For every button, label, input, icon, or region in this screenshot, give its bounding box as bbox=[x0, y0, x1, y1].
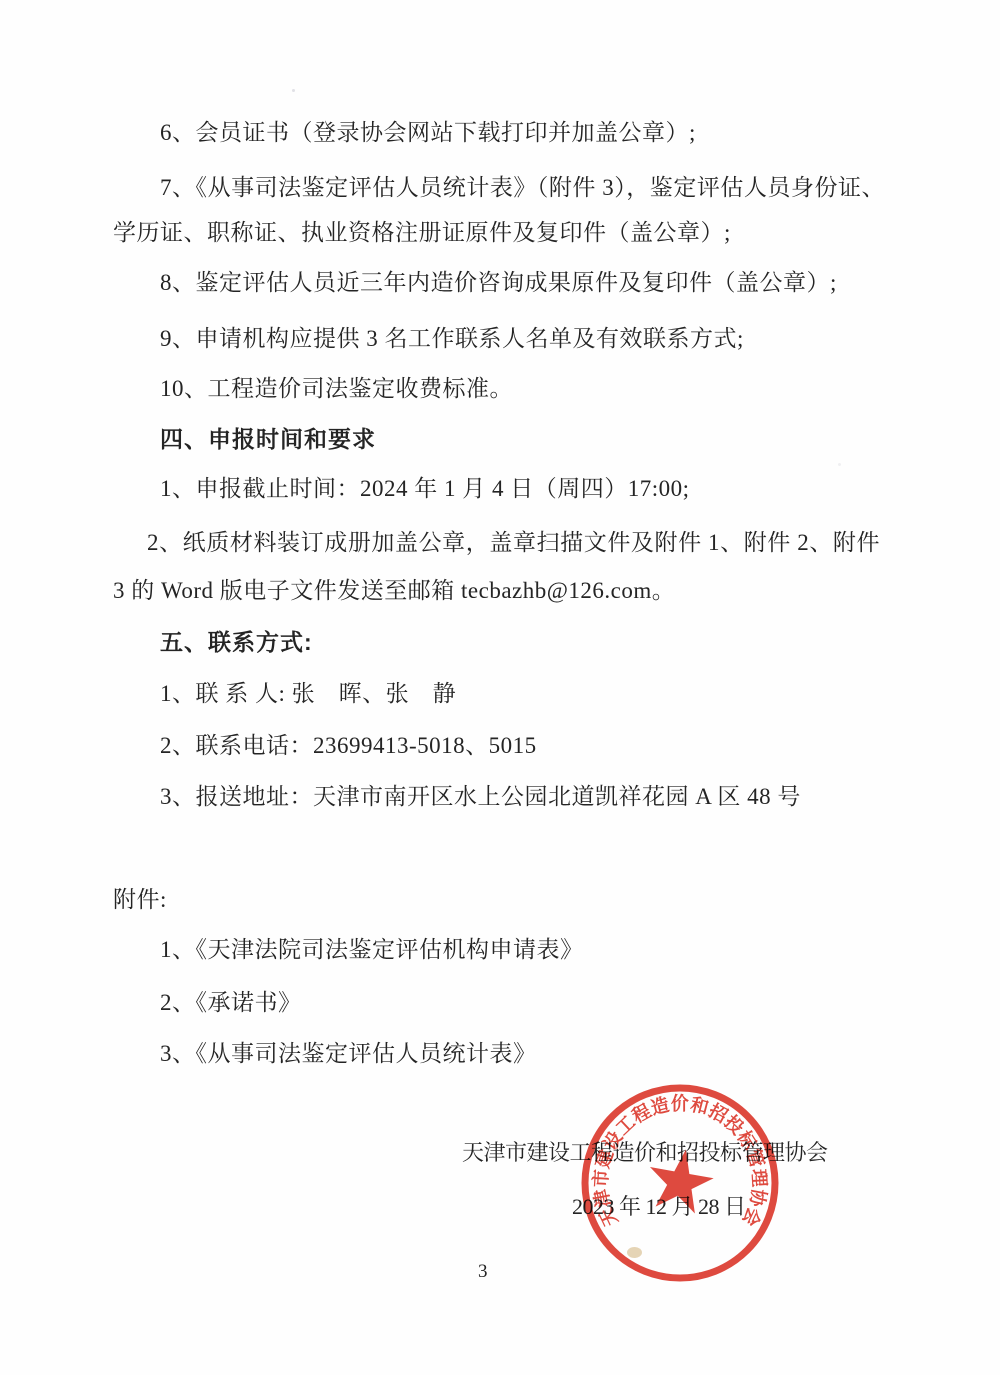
list-item-7-cont: 学历证、职称证、执业资格注册证原件及复印件（盖公章）; bbox=[113, 218, 731, 248]
materials-line-cont: 3 的 Word 版电子文件发送至邮箱 tecbazhb@126.com。 bbox=[113, 576, 675, 606]
delivery-address-line: 3、报送地址：天津市南开区水上公园北道凯祥花园 A 区 48 号 bbox=[160, 782, 801, 812]
attachment-2: 2、《承诺书》 bbox=[160, 988, 302, 1018]
list-item-7: 7、《从事司法鉴定评估人员统计表》（附件 3），鉴定评估人员身份证、 bbox=[160, 173, 885, 203]
attachments-label: 附件: bbox=[113, 885, 167, 915]
deadline-line: 1、申报截止时间：2024 年 1 月 4 日（周四）17:00; bbox=[160, 474, 690, 504]
scan-speck bbox=[292, 89, 295, 92]
contact-phone-line: 2、联系电话：23699413-5018、5015 bbox=[160, 731, 537, 761]
section-4-heading: 四、申报时间和要求 bbox=[160, 424, 376, 454]
seal-star bbox=[643, 1144, 717, 1216]
page-number: 3 bbox=[478, 1261, 488, 1283]
list-item-6: 6、会员证书（登录协会网站下载打印并加盖公章）; bbox=[160, 118, 696, 148]
attachment-1: 1、《天津法院司法鉴定评估机构申请表》 bbox=[160, 935, 584, 965]
list-item-10: 10、工程造价司法鉴定收费标准。 bbox=[160, 374, 513, 404]
list-item-8: 8、鉴定评估人员近三年内造价咨询成果原件及复印件（盖公章）; bbox=[160, 268, 837, 298]
scan-speck bbox=[838, 463, 841, 466]
attachment-3: 3、《从事司法鉴定评估人员统计表》 bbox=[160, 1039, 537, 1069]
section-5-heading: 五、联系方式: bbox=[160, 627, 313, 657]
official-seal: 天津市建设工程造价和招投标管理协会 bbox=[580, 1083, 780, 1283]
contact-person-line: 1、联 系 人: 张 晖、张 静 bbox=[160, 679, 456, 709]
materials-line: 2、纸质材料装订成册加盖公章，盖章扫描文件及附件 1、附件 2、附件 bbox=[147, 528, 880, 558]
document-page: 6、会员证书（登录协会网站下载打印并加盖公章）; 7、《从事司法鉴定评估人员统计… bbox=[0, 0, 1000, 1375]
list-item-9: 9、申请机构应提供 3 名工作联系人名单及有效联系方式; bbox=[160, 324, 744, 354]
